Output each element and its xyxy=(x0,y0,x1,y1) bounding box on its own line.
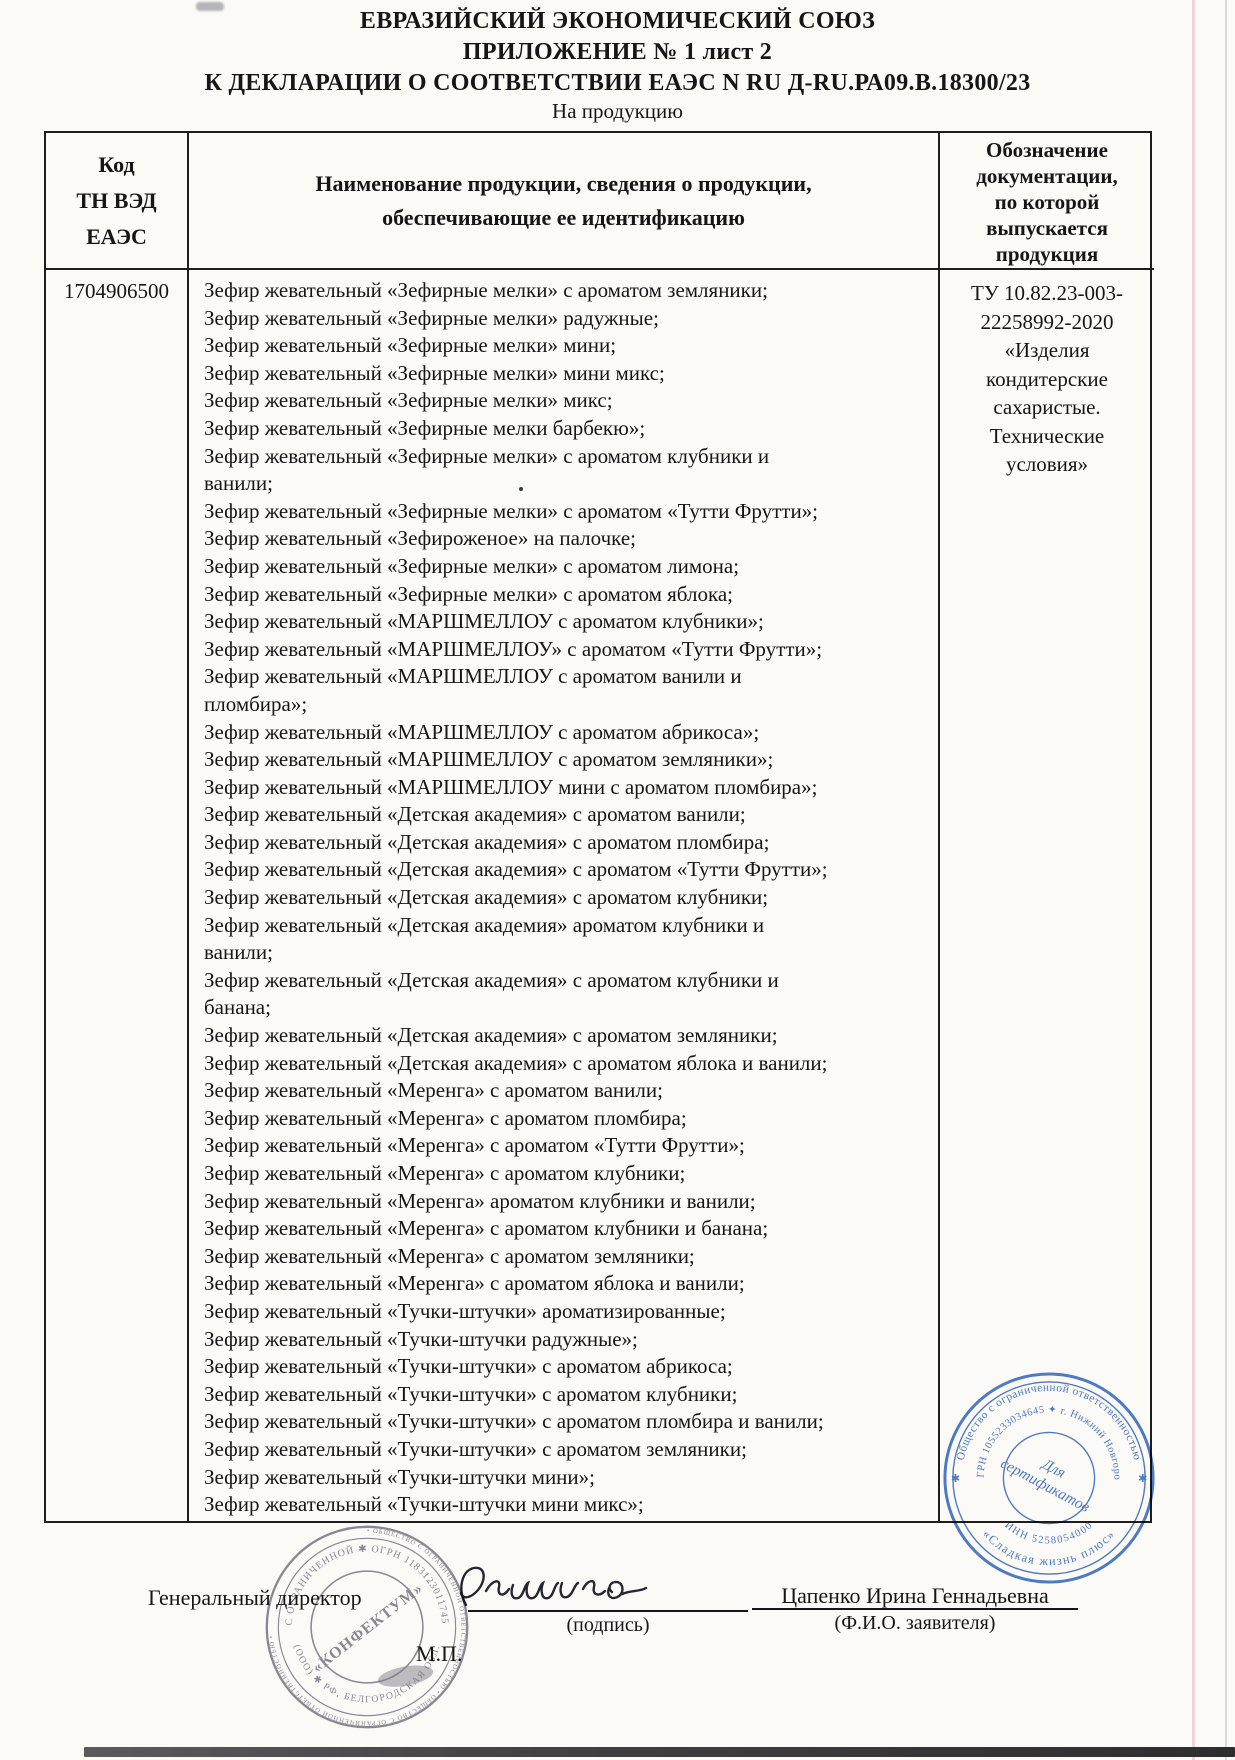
product-line: Зефир жевательный «Меренга» с ароматом в… xyxy=(204,1077,932,1105)
product-line: Зефир жевательный «МАРШМЕЛЛОУ мини с аро… xyxy=(204,774,932,802)
product-line: Зефир жевательный «Тучки-штучки» с арома… xyxy=(204,1353,932,1381)
column-header-code: КодТН ВЭДЕАЭС xyxy=(46,133,189,270)
product-line: Зефир жевательный «Детская академия» с а… xyxy=(204,1050,932,1078)
header-line: продукция xyxy=(996,241,1098,267)
product-line: Зефир жевательный «Тучки-штучки» с арома… xyxy=(204,1408,932,1436)
doc-line: условия» xyxy=(940,450,1154,479)
header-line: по которой xyxy=(995,189,1100,215)
header-line: документации, xyxy=(976,163,1118,189)
product-line: ванили; xyxy=(204,939,932,967)
product-line: Зефир жевательный «Зефироженое» на палоч… xyxy=(204,525,932,553)
product-line: Зефир жевательный «Детская академия» с а… xyxy=(204,801,932,829)
doc-line: 22258992-2020 xyxy=(940,308,1154,337)
cell-tnved-code: 1704906500 xyxy=(46,270,189,1521)
header-line: ЕАЭС xyxy=(86,219,147,255)
products-table: КодТН ВЭДЕАЭС Наименование продукции, св… xyxy=(44,131,1152,1523)
stamp-star-right-icon: ✱ xyxy=(1138,1473,1147,1485)
product-line: Зефир жевательный «Детская академия» с а… xyxy=(204,829,932,857)
header-line: Обозначение xyxy=(986,137,1108,163)
product-line: пломбира»; xyxy=(204,691,932,719)
doc-line: ТУ 10.82.23-003- xyxy=(940,279,1154,308)
stamp-star-left-icon: ✱ xyxy=(951,1473,960,1485)
product-line: Зефир жевательный «Зефирные мелки» мини; xyxy=(204,332,932,360)
product-line: Зефир жевательный «Зефирные мелки» микс; xyxy=(204,387,932,415)
product-line: Зефир жевательный «Детская академия» с а… xyxy=(204,1022,932,1050)
product-line: Зефир жевательный «Зефирные мелки» с аро… xyxy=(204,553,932,581)
product-line: Зефир жевательный «Детская академия» с а… xyxy=(204,884,932,912)
product-line: Зефир жевательный «Тучки-штучки радужные… xyxy=(204,1326,932,1354)
product-line: Зефир жевательный «МАРШМЕЛЛОУ» с аромато… xyxy=(204,636,932,664)
document-heading: ЕВРАЗИЙСКИЙ ЭКОНОМИЧЕСКИЙ СОЮЗПРИЛОЖЕНИЕ… xyxy=(0,6,1235,124)
header-line: Код xyxy=(98,147,134,183)
signature-underline xyxy=(468,1610,748,1612)
header-line: Наименование продукции, сведения о проду… xyxy=(315,167,811,201)
product-line: Зефир жевательный «Детская академия» с а… xyxy=(204,967,932,995)
scanned-declaration-page: ЕВРАЗИЙСКИЙ ЭКОНОМИЧЕСКИЙ СОЮЗПРИЛОЖЕНИЕ… xyxy=(0,0,1235,1760)
product-line: Зефир жевательный «Меренга» с ароматом я… xyxy=(204,1270,932,1298)
product-line: ванили; xyxy=(204,470,932,498)
signature-caption: (подпись) xyxy=(468,1614,748,1637)
product-line: Зефир жевательный «Тучки-штучки» аромати… xyxy=(204,1298,932,1326)
product-line: банана; xyxy=(204,994,932,1022)
cell-product-list: Зефир жевательный «Зефирные мелки» с аро… xyxy=(189,270,940,1521)
product-line: Зефир жевательный «Зефирные мелки» радуж… xyxy=(204,305,932,333)
doc-line: «Изделия xyxy=(940,336,1154,365)
doc-line: сахаристые. xyxy=(940,393,1154,422)
header-line: выпускается xyxy=(986,215,1108,241)
stamp-brand-text: «Сладкая жизнь плюс» xyxy=(980,1527,1118,1569)
product-line: Зефир жевательный «Зефирные мелки» с аро… xyxy=(204,581,932,609)
svg-text:«Сладкая жизнь плюс»: «Сладкая жизнь плюс» xyxy=(980,1527,1118,1569)
certification-round-stamp-icon: Общество с ограниченной ответственностью… xyxy=(940,1369,1158,1587)
product-line: Зефир жевательный «Детская академия» с а… xyxy=(204,856,932,884)
company-round-stamp-icon: • ОБЩЕСТВО С ОГРАНИЧЕННОЙ ОТВЕТСТВЕННОСТ… xyxy=(261,1521,473,1733)
product-line: Зефир жевательный «Меренга» ароматом клу… xyxy=(204,1188,932,1216)
product-line: Зефир жевательный «МАРШМЕЛЛОУ с ароматом… xyxy=(204,746,932,774)
title-line: На продукцию xyxy=(0,99,1235,124)
product-line: Зефир жевательный «Тучки-штучки» с арома… xyxy=(204,1436,932,1464)
stamp-ogrn-text: ОБЩЕСТВО С ОГРАНИЧЕННОЙ ✱ ОГРН 118312301… xyxy=(261,1521,450,1628)
doc-line: кондитерские xyxy=(940,365,1154,394)
product-line: Зефир жевательный «Меренга» с ароматом п… xyxy=(204,1105,932,1133)
header-line: ТН ВЭД xyxy=(76,183,156,219)
applicant-underline xyxy=(752,1608,1078,1610)
product-line: Зефир жевательный «Зефирные мелки барбек… xyxy=(204,415,932,443)
product-line: Зефир жевательный «Тучки-штучки мини мик… xyxy=(204,1491,932,1519)
scan-artifact-pink-line xyxy=(1192,0,1195,1760)
handwritten-signature xyxy=(452,1563,662,1615)
product-line: Зефир жевательный «Меренга» с ароматом к… xyxy=(204,1160,932,1188)
product-line: Зефир жевательный «Зефирные мелки» с аро… xyxy=(204,277,932,305)
product-line: Зефир жевательный «МАРШМЕЛЛОУ с ароматом… xyxy=(204,608,932,636)
cell-documentation: ТУ 10.82.23-003-22258992-2020«Изделиякон… xyxy=(940,270,1154,1521)
product-line: Зефир жевательный «Меренга» с ароматом к… xyxy=(204,1215,932,1243)
product-line: Зефир жевательный «Меренга» с ароматом «… xyxy=(204,1132,932,1160)
column-header-documentation: Обозначениедокументации,по которойвыпуск… xyxy=(940,133,1154,270)
product-line: Зефир жевательный «Зефирные мелки» с аро… xyxy=(204,498,932,526)
product-line: Зефир жевательный «Зефирные мелки» мини … xyxy=(204,360,932,388)
header-line: обеспечивающие ее идентификацию xyxy=(382,201,745,235)
title-line: К ДЕКЛАРАЦИИ О СООТВЕТСТВИИ ЕАЭС N RU Д-… xyxy=(0,68,1235,99)
product-line: Зефир жевательный «Тучки-штучки мини»; xyxy=(204,1464,932,1492)
product-line: Зефир жевательный «МАРШМЕЛЛОУ с ароматом… xyxy=(204,663,932,691)
product-line: Зефир жевательный «Детская академия» аро… xyxy=(204,912,932,940)
product-line: Зефир жевательный «Зефирные мелки» с аро… xyxy=(204,443,932,471)
title-line: ПРИЛОЖЕНИЕ № 1 лист 2 xyxy=(0,37,1235,68)
doc-line: Технические xyxy=(940,422,1154,451)
column-header-product-name: Наименование продукции, сведения о проду… xyxy=(189,133,940,270)
product-line: Зефир жевательный «Тучки-штучки» с арома… xyxy=(204,1381,932,1409)
scan-artifact-edge-line xyxy=(1225,0,1227,1760)
product-line: Зефир жевательный «Меренга» с ароматом з… xyxy=(204,1243,932,1271)
product-line: Зефир жевательный «МАРШМЕЛЛОУ с ароматом… xyxy=(204,719,932,747)
scan-artifact-bottom-band xyxy=(84,1747,1235,1757)
svg-text:ОБЩЕСТВО С ОГРАНИЧЕННОЙ ✱ ОГРН: ОБЩЕСТВО С ОГРАНИЧЕННОЙ ✱ ОГРН 118312301… xyxy=(261,1521,450,1628)
stamp-company-name: «КОНФЕКТУМ» xyxy=(309,1580,426,1677)
title-line: ЕВРАЗИЙСКИЙ ЭКОНОМИЧЕСКИЙ СОЮЗ xyxy=(0,6,1235,37)
applicant-caption: (Ф.И.О. заявителя) xyxy=(752,1612,1078,1635)
